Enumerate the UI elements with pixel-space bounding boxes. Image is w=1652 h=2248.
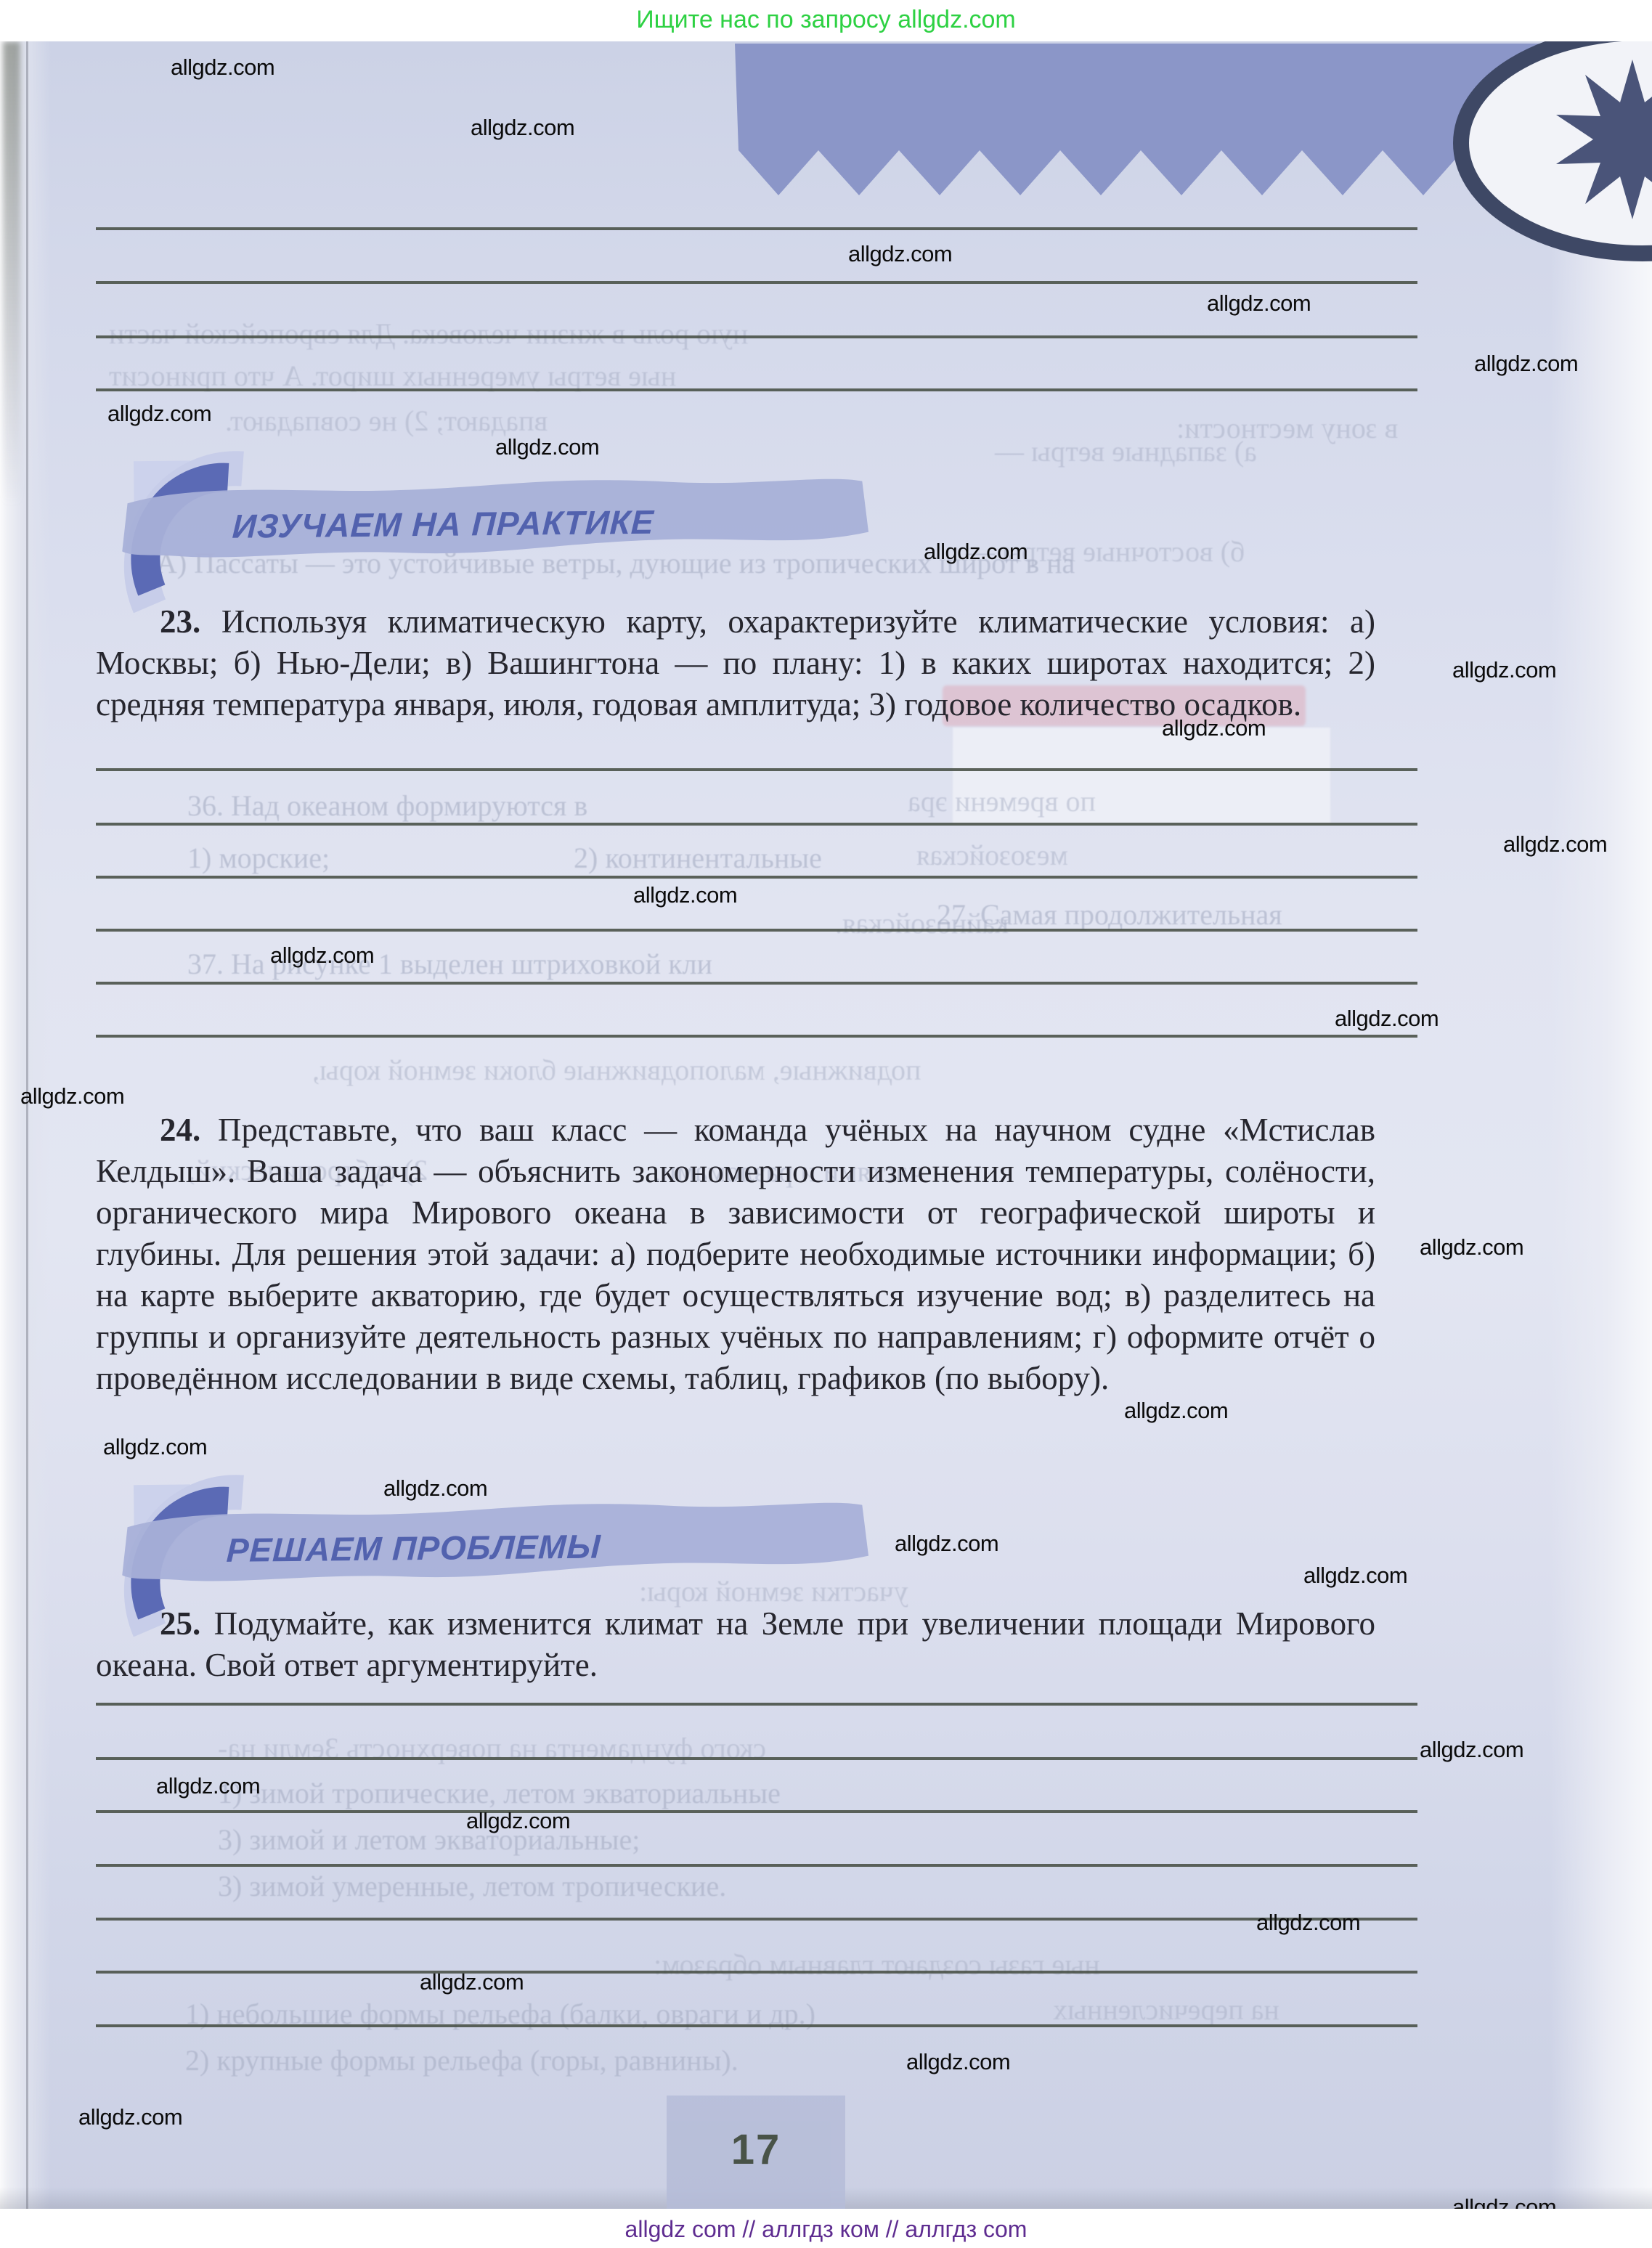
- watermark: allgdz.com: [633, 882, 737, 908]
- task-25-text: Подумайте, как изменится климат на Земле…: [96, 1605, 1375, 1683]
- ghost-text: 1) зимой тропические, летом экваториальн…: [218, 1776, 781, 1810]
- watermark: allgdz.com: [495, 434, 599, 460]
- task-25-number: 25.: [160, 1605, 200, 1642]
- watermark: allgdz.com: [270, 942, 374, 969]
- task-24-paragraph: 24. Представьте, что ваш класс — команда…: [96, 1109, 1375, 1399]
- watermark: allgdz.com: [895, 1531, 998, 1557]
- answer-line: [96, 1810, 1417, 1813]
- watermark: allgdz.com: [420, 1969, 524, 1995]
- answer-line: [96, 227, 1417, 230]
- watermark: allgdz.com: [1452, 657, 1556, 683]
- promo-header-bar: Ищите нас по запросу allgdz.com: [0, 0, 1652, 41]
- footer-bar: allgdz com // аллгдз ком // аллгдз com: [0, 2209, 1652, 2248]
- answer-line: [96, 281, 1417, 284]
- answer-line: [96, 335, 1417, 338]
- watermark: allgdz.com: [1303, 1563, 1407, 1589]
- ghost-text: 36. Над океаном формируются в: [187, 789, 587, 823]
- ghost-text: впадают; 2) не совпадают.: [225, 404, 548, 438]
- watermark: allgdz.com: [1420, 1234, 1523, 1261]
- watermark: allgdz.com: [848, 241, 952, 267]
- watermark: allgdz.com: [107, 401, 211, 427]
- banner-label-practice: ИЗУЧАЕМ НА ПРАКТИКЕ: [232, 502, 655, 546]
- task-23-text: Используя климатическую карту, охарактер…: [96, 603, 1375, 722]
- ghost-text: ную роль в жизни человека. Для европейск…: [109, 317, 748, 351]
- ghost-text: 1) морские;: [187, 841, 330, 875]
- section-banner-practice: ИЗУЧАЕМ НА ПРАКТИКЕ: [94, 440, 894, 623]
- ghost-text: 37. На рисунке 1 выделен штриховкой кли: [187, 947, 712, 981]
- answer-line: [96, 1703, 1417, 1706]
- header-decor-band: [0, 41, 1652, 306]
- footer-text: allgdz com // аллгдз ком // аллгдз com: [0, 2209, 1652, 2248]
- watermark: allgdz.com: [1207, 290, 1311, 317]
- ghost-text: 3) зимой и летом экваториальные;: [218, 1823, 640, 1857]
- task-25-paragraph: 25. Подумайте, как изменится климат на З…: [96, 1603, 1375, 1686]
- answer-line: [96, 1918, 1417, 1921]
- ghost-text: по времени эра: [908, 784, 1096, 818]
- ghost-text: подвижные, малоподвижные блоки земной ко…: [312, 1053, 921, 1087]
- watermark: allgdz.com: [1420, 1737, 1523, 1763]
- task-23-number: 23.: [160, 603, 200, 640]
- watermark: allgdz.com: [1256, 1910, 1360, 1936]
- banner-label-problems: РЕШАЕМ ПРОБЛЕМЫ: [226, 1526, 602, 1569]
- watermark: allgdz.com: [103, 1434, 207, 1460]
- page-number: 17: [667, 2096, 845, 2204]
- watermark: allgdz.com: [1474, 351, 1578, 377]
- ghost-text: ные газы создают главным образом:: [654, 1947, 1100, 1982]
- watermark: allgdz.com: [466, 1808, 570, 1834]
- answer-line: [96, 982, 1417, 985]
- watermark: allgdz.com: [20, 1083, 124, 1109]
- answer-line: [96, 768, 1417, 771]
- task-23-paragraph: 23. Используя климатическую карту, охара…: [96, 601, 1375, 725]
- answer-line: [96, 1971, 1417, 1974]
- watermark: allgdz.com: [1503, 831, 1607, 858]
- ghost-text: 27. Самая продолжительная: [937, 897, 1282, 932]
- answer-line: [96, 2024, 1417, 2027]
- watermark: allgdz.com: [906, 2049, 1010, 2075]
- answer-line: [96, 876, 1417, 879]
- ghost-text: 2) континентальные: [574, 841, 822, 875]
- answer-line: [96, 388, 1417, 391]
- watermark: allgdz.com: [471, 115, 574, 141]
- page-number-tab: 17: [667, 2096, 845, 2209]
- answer-line: [96, 929, 1417, 932]
- ghost-text: мезозойская: [916, 838, 1068, 872]
- watermark: allgdz.com: [78, 2104, 182, 2130]
- ghost-text: ные ветры умеренных широт. А что приноси…: [109, 359, 676, 393]
- ghost-text: 3) зимой умеренные, летом тропические.: [218, 1869, 726, 1903]
- ghost-text: а) западные ветры —: [995, 434, 1257, 468]
- answer-line: [96, 1757, 1417, 1760]
- ghost-text: на перечисленных: [1053, 1992, 1279, 2027]
- watermark: allgdz.com: [383, 1475, 487, 1502]
- watermark: allgdz.com: [156, 1773, 260, 1799]
- promo-text: Ищите нас по запросу allgdz.com: [0, 0, 1652, 39]
- answer-line: [96, 1864, 1417, 1867]
- ghost-text: 2) крупные формы рельефа (горы, равнины)…: [185, 2043, 738, 2077]
- task-24-number: 24.: [160, 1112, 200, 1148]
- answer-line: [96, 1035, 1417, 1038]
- watermark: allgdz.com: [924, 539, 1028, 565]
- watermark: allgdz.com: [1124, 1398, 1228, 1424]
- watermark: allgdz.com: [171, 54, 274, 81]
- task-24-text: Представьте, что ваш класс — команда учё…: [96, 1112, 1375, 1396]
- answer-line: [96, 823, 1417, 826]
- watermark: allgdz.com: [1162, 715, 1266, 741]
- page-binding-seam: [26, 41, 28, 2209]
- watermark: allgdz.com: [1335, 1006, 1439, 1032]
